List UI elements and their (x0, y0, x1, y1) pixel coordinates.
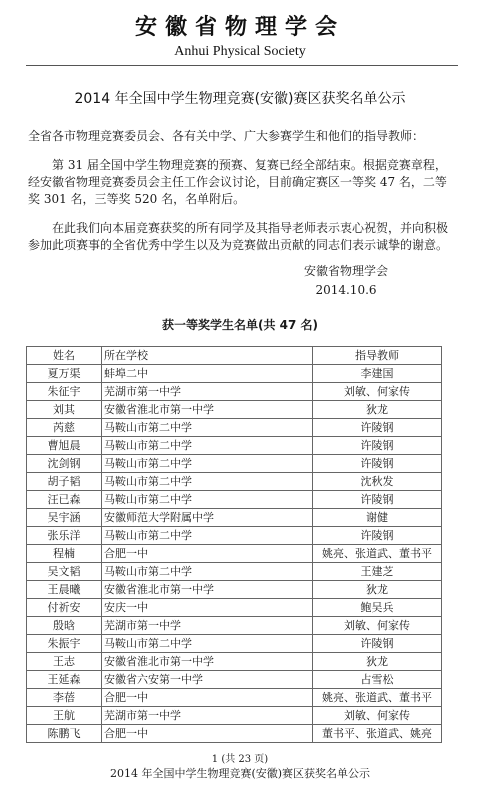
document-title: 2014 年全国中学生物理竞赛(安徽)赛区获奖名单公示 (0, 88, 480, 108)
student-name: 朱征宇 (27, 383, 102, 401)
table-row: 王延森安徽省六安第一中学占雪松 (27, 671, 442, 689)
table-row: 殷晗芜湖市第一中学刘敏、何家传 (27, 617, 442, 635)
teacher-name: 谢健 (313, 509, 442, 527)
teacher-name: 李建国 (313, 365, 442, 383)
teacher-name: 刘敏、何家传 (313, 707, 442, 725)
school-name: 马鞍山市第二中学 (102, 527, 313, 545)
table-row: 芮慈马鞍山市第二中学许陵钢 (27, 419, 442, 437)
announcement-paragraph: 第 31 届全国中学生物理竞赛的预赛、复赛已经全部结束。根据竞赛章程，经安徽省物… (28, 157, 456, 208)
school-name: 马鞍山市第二中学 (102, 419, 313, 437)
table-row: 夏万渠蚌埠二中李建国 (27, 365, 442, 383)
student-name: 刘其 (27, 401, 102, 419)
signature-date: 2014.10.6 (304, 281, 388, 300)
teacher-name: 姚亮、张道武、董书平 (313, 689, 442, 707)
student-name: 殷晗 (27, 617, 102, 635)
school-name: 蚌埠二中 (102, 365, 313, 383)
first-prize-table: 姓名 所在学校 指导教师 夏万渠蚌埠二中李建国朱征宇芜湖市第一中学刘敏、何家传刘… (26, 346, 442, 743)
table-row: 刘其安徽省淮北市第一中学狄龙 (27, 401, 442, 419)
teacher-name: 王建芝 (313, 563, 442, 581)
congratulations-paragraph: 在此我们向本届竞赛获奖的所有同学及其指导老师表示衷心祝贺，并向积极参加此项赛事的… (28, 220, 456, 254)
table-row: 胡子韬马鞍山市第二中学沈秋发 (27, 473, 442, 491)
header-divider (26, 65, 458, 66)
teacher-name: 许陵钢 (313, 437, 442, 455)
student-name: 程楠 (27, 545, 102, 563)
student-name: 汪已森 (27, 491, 102, 509)
teacher-name: 狄龙 (313, 581, 442, 599)
signature-block: 安徽省物理学会 2014.10.6 (304, 262, 388, 300)
table-row: 汪已森马鞍山市第二中学许陵钢 (27, 491, 442, 509)
school-name: 马鞍山市第二中学 (102, 563, 313, 581)
table-row: 程楠合肥一中姚亮、张道武、董书平 (27, 545, 442, 563)
teacher-name: 狄龙 (313, 401, 442, 419)
teacher-name: 许陵钢 (313, 419, 442, 437)
teacher-name: 占雪松 (313, 671, 442, 689)
student-name: 王志 (27, 653, 102, 671)
student-name: 付祈安 (27, 599, 102, 617)
teacher-name: 许陵钢 (313, 455, 442, 473)
org-name-chinese: 安徽省物理学会 (0, 10, 480, 41)
table-row: 朱振宇马鞍山市第二中学许陵钢 (27, 635, 442, 653)
student-name: 张乐洋 (27, 527, 102, 545)
footer-title: 2014 年全国中学生物理竞赛(安徽)赛区获奖名单公示 (0, 765, 480, 781)
student-name: 吴宇涵 (27, 509, 102, 527)
school-name: 合肥一中 (102, 689, 313, 707)
table-row: 张乐洋马鞍山市第二中学许陵钢 (27, 527, 442, 545)
table-row: 朱征宇芜湖市第一中学刘敏、何家传 (27, 383, 442, 401)
school-name: 马鞍山市第二中学 (102, 455, 313, 473)
student-name: 吴文韬 (27, 563, 102, 581)
table-row: 沈剑钢马鞍山市第二中学许陵钢 (27, 455, 442, 473)
table-title: 获一等奖学生名单(共 47 名) (0, 316, 480, 333)
school-name: 马鞍山市第二中学 (102, 437, 313, 455)
teacher-name: 许陵钢 (313, 527, 442, 545)
header-school: 所在学校 (102, 347, 313, 365)
salutation: 全省各市物理竞赛委员会、各有关中学、广大参赛学生和他们的指导教师： (28, 127, 424, 144)
student-name: 王延森 (27, 671, 102, 689)
student-name: 夏万渠 (27, 365, 102, 383)
teacher-name: 许陵钢 (313, 491, 442, 509)
school-name: 合肥一中 (102, 725, 313, 743)
teacher-name: 狄龙 (313, 653, 442, 671)
school-name: 马鞍山市第二中学 (102, 473, 313, 491)
student-name: 朱振宇 (27, 635, 102, 653)
teacher-name: 姚亮、张道武、董书平 (313, 545, 442, 563)
table-row: 陈鹏飞合肥一中董书平、张道武、姚亮 (27, 725, 442, 743)
school-name: 安徽省六安第一中学 (102, 671, 313, 689)
school-name: 合肥一中 (102, 545, 313, 563)
student-name: 芮慈 (27, 419, 102, 437)
table-row: 王志安徽省淮北市第一中学狄龙 (27, 653, 442, 671)
school-name: 芜湖市第一中学 (102, 707, 313, 725)
teacher-name: 刘敏、何家传 (313, 383, 442, 401)
student-name: 沈剑钢 (27, 455, 102, 473)
student-name: 陈鹏飞 (27, 725, 102, 743)
header-teacher: 指导教师 (313, 347, 442, 365)
school-name: 安徽省淮北市第一中学 (102, 401, 313, 419)
teacher-name: 董书平、张道武、姚亮 (313, 725, 442, 743)
table-row: 吴文韬马鞍山市第二中学王建芝 (27, 563, 442, 581)
school-name: 安徽省淮北市第一中学 (102, 653, 313, 671)
teacher-name: 刘敏、何家传 (313, 617, 442, 635)
signature-org: 安徽省物理学会 (304, 262, 388, 281)
school-name: 安徽师范大学附属中学 (102, 509, 313, 527)
teacher-name: 许陵钢 (313, 635, 442, 653)
school-name: 安庆一中 (102, 599, 313, 617)
table-row: 付祈安安庆一中鲍吴兵 (27, 599, 442, 617)
school-name: 芜湖市第一中学 (102, 383, 313, 401)
org-name-english: Anhui Physical Society (0, 44, 480, 60)
table-row: 曹旭晨马鞍山市第二中学许陵钢 (27, 437, 442, 455)
student-name: 王晨曦 (27, 581, 102, 599)
table-row: 李蓓合肥一中姚亮、张道武、董书平 (27, 689, 442, 707)
school-name: 马鞍山市第二中学 (102, 635, 313, 653)
school-name: 芜湖市第一中学 (102, 617, 313, 635)
table-row: 吴宇涵安徽师范大学附属中学谢健 (27, 509, 442, 527)
student-name: 王航 (27, 707, 102, 725)
student-name: 胡子韬 (27, 473, 102, 491)
student-name: 曹旭晨 (27, 437, 102, 455)
table-row: 王晨曦安徽省淮北市第一中学狄龙 (27, 581, 442, 599)
student-name: 李蓓 (27, 689, 102, 707)
teacher-name: 沈秋发 (313, 473, 442, 491)
document-page: 安徽省物理学会 Anhui Physical Society 2014 年全国中… (0, 0, 480, 786)
header-name: 姓名 (27, 347, 102, 365)
page-indicator: 1 (共 23 页) (0, 750, 480, 765)
school-name: 马鞍山市第二中学 (102, 491, 313, 509)
school-name: 安徽省淮北市第一中学 (102, 581, 313, 599)
table-header-row: 姓名 所在学校 指导教师 (27, 347, 442, 365)
teacher-name: 鲍吴兵 (313, 599, 442, 617)
table-row: 王航芜湖市第一中学刘敏、何家传 (27, 707, 442, 725)
